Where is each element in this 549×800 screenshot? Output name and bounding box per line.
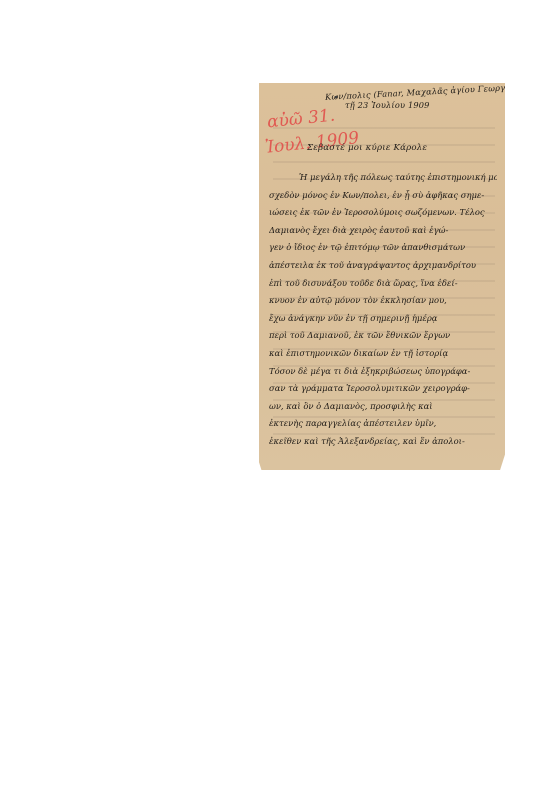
letter-place-header: Κων/πολις (Fanar, Μαχαλᾶς ἁγίου Γεωργ.) xyxy=(325,82,512,102)
body-line: ἐκτενὴς παραγγελίας ἀπέστειλεν ὑμῖν, xyxy=(269,415,497,433)
letter-page: αὐῶ 31. Ἰουλ. 1909 Κων/πολις (Fanar, Μαχ… xyxy=(259,83,505,470)
body-line: ων, καὶ ὃν ὁ Δαμιανὸς, προσφιλὴς καὶ xyxy=(269,398,497,416)
letter-date-header: τῇ 23 Ἰουλίου 1909 xyxy=(345,100,430,110)
body-line: σχεδὸν μόνος ἐν Κων/πολει, ἐν ᾗ σὺ ἀφῆκα… xyxy=(269,187,497,205)
body-line: σαν τὰ γράμματα Ἱεροσολυμιτικῶν χειρογρά… xyxy=(269,380,497,398)
body-line: ιώσεις ἐκ τῶν ἐν Ἱεροσολύμοις σωζόμενων.… xyxy=(269,204,497,222)
letter-body: Ἡ μεγάλη τῆς πόλεως ταύτης ἐπιστημονική … xyxy=(269,169,497,451)
body-line: Δαμιανὸς ἔχει διὰ χειρὸς ἐαυτοῦ καὶ ἐγώ- xyxy=(269,222,497,240)
body-line: ἔχω ἀνάγκην νῦν ἐν τῇ σημερινῇ ἡμέρᾳ xyxy=(269,310,497,328)
body-line: ἀπέστειλα ἐκ τοῦ ἀναγράψαντος ἀρχιμανδρί… xyxy=(269,257,497,275)
letter-salutation: Σεβαστέ μοι κύριε Κάρολε xyxy=(307,143,427,153)
body-line: ἐκεῖθεν καὶ τῆς Ἀλεξανδρείας, καὶ ἕν ἀπο… xyxy=(269,433,497,451)
body-line: Ἡ μεγάλη τῆς πόλεως ταύτης ἐπιστημονική … xyxy=(269,169,497,187)
body-line: γεν ὁ ἴδιος ἐν τῷ ἐπιτόμῳ τῶν ἀπανθισμάτ… xyxy=(269,239,497,257)
body-line: περὶ τοῦ Δαμιανοῦ, ἐκ τῶν ἔθνικῶν ἔργων xyxy=(269,327,497,345)
body-line: κνυον ἐν αὐτῷ μόνον τὸν ἐκκλησίαν μου, xyxy=(269,292,497,310)
body-line: καὶ ἐπιστημονικῶν δικαίων ἐν τῇ ἱστορίᾳ xyxy=(269,345,497,363)
body-line: ἐπὶ τοῦ δισυνάξου τοῦδε διὰ ὥρας, ἵνα ἐδ… xyxy=(269,275,497,293)
body-line: Τόσον δὲ μέγα τι διὰ ἐξηκριβώσεως ὑπογρά… xyxy=(269,363,497,381)
